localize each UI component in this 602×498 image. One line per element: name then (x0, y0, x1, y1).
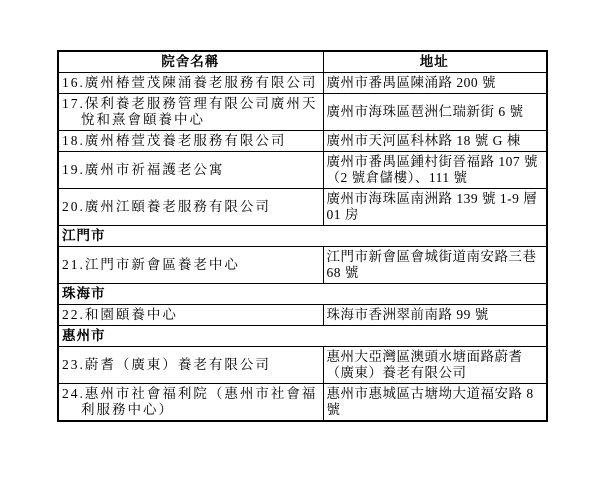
facility-address-cell: 廣州市番禺區陳涌路 200 號 (323, 73, 547, 94)
facility-address-cell: 廣州市天河區科林路 18 號 G 棟 (323, 131, 547, 152)
facility-name-cell: 20.廣州江頤養老服務有限公司 (58, 189, 323, 226)
facility-name-cell: 16.廣州椿萱茂陳涌養老服務有限公司 (58, 73, 323, 94)
facility-name-cell: 19.廣州市祈福護老公寓 (58, 152, 323, 189)
city-section-label: 珠海市 (58, 284, 547, 305)
facility-address-cell: 廣州市番禺區鍾村街晉福路 107 號（2 號倉儲樓）、111 號 (323, 152, 547, 189)
facility-name-cell: 18.廣州椿萱茂養老服務有限公司 (58, 131, 323, 152)
document-page: 院舍名稱 地址 16.廣州椿萱茂陳涌養老服務有限公司廣州市番禺區陳涌路 200 … (0, 0, 602, 498)
facility-address-cell: 惠州市惠城區古塘坳大道福安路 8 號 (323, 384, 547, 422)
facility-row: 23.蔚耆（廣東）養老有限公司惠州大亞灣區澳頭水塘面路蔚耆（廣東）養老有限公司 (58, 347, 547, 384)
facility-row: 17.保利養老服務管理有限公司廣州天悅和熹會頤養中心廣州市海珠區琶洲仁瑞新街 6… (58, 94, 547, 131)
facility-row: 20.廣州江頤養老服務有限公司廣州市海珠區南洲路 139 號 1-9 層 01 … (58, 189, 547, 226)
facility-address-cell: 江門市新會區會城街道南安路三巷 68 號 (323, 247, 547, 284)
table-header-row: 院舍名稱 地址 (58, 51, 547, 73)
facility-name-cell: 24.惠州市社會福利院（惠州市社會福利服務中心） (58, 384, 323, 422)
facility-name-cell: 22.和園頤養中心 (58, 305, 323, 326)
facility-row: 19.廣州市祈福護老公寓廣州市番禺區鍾村街晉福路 107 號（2 號倉儲樓）、1… (58, 152, 547, 189)
facility-address-cell: 廣州市海珠區南洲路 139 號 1-9 層 01 房 (323, 189, 547, 226)
facility-name-cell: 23.蔚耆（廣東）養老有限公司 (58, 347, 323, 384)
facility-address-cell: 惠州大亞灣區澳頭水塘面路蔚耆（廣東）養老有限公司 (323, 347, 547, 384)
facility-name-cell: 17.保利養老服務管理有限公司廣州天悅和熹會頤養中心 (58, 94, 323, 131)
facility-row: 24.惠州市社會福利院（惠州市社會福利服務中心）惠州市惠城區古塘坳大道福安路 8… (58, 384, 547, 422)
city-section-row: 惠州市 (58, 326, 547, 347)
city-section-row: 江門市 (58, 226, 547, 247)
city-section-label: 江門市 (58, 226, 547, 247)
column-header-address: 地址 (323, 51, 547, 73)
facility-row: 21.江門市新會區養老中心江門市新會區會城街道南安路三巷 68 號 (58, 247, 547, 284)
city-section-row: 珠海市 (58, 284, 547, 305)
city-section-label: 惠州市 (58, 326, 547, 347)
facility-row: 22.和園頤養中心珠海市香洲翠前南路 99 號 (58, 305, 547, 326)
facility-row: 16.廣州椿萱茂陳涌養老服務有限公司廣州市番禺區陳涌路 200 號 (58, 73, 547, 94)
column-header-facility-name: 院舍名稱 (58, 51, 323, 73)
facility-table-body: 16.廣州椿萱茂陳涌養老服務有限公司廣州市番禺區陳涌路 200 號17.保利養老… (58, 73, 547, 422)
facility-address-cell: 廣州市海珠區琶洲仁瑞新街 6 號 (323, 94, 547, 131)
facility-table: 院舍名稱 地址 16.廣州椿萱茂陳涌養老服務有限公司廣州市番禺區陳涌路 200 … (57, 50, 548, 422)
facility-name-cell: 21.江門市新會區養老中心 (58, 247, 323, 284)
facility-row: 18.廣州椿萱茂養老服務有限公司廣州市天河區科林路 18 號 G 棟 (58, 131, 547, 152)
facility-address-cell: 珠海市香洲翠前南路 99 號 (323, 305, 547, 326)
